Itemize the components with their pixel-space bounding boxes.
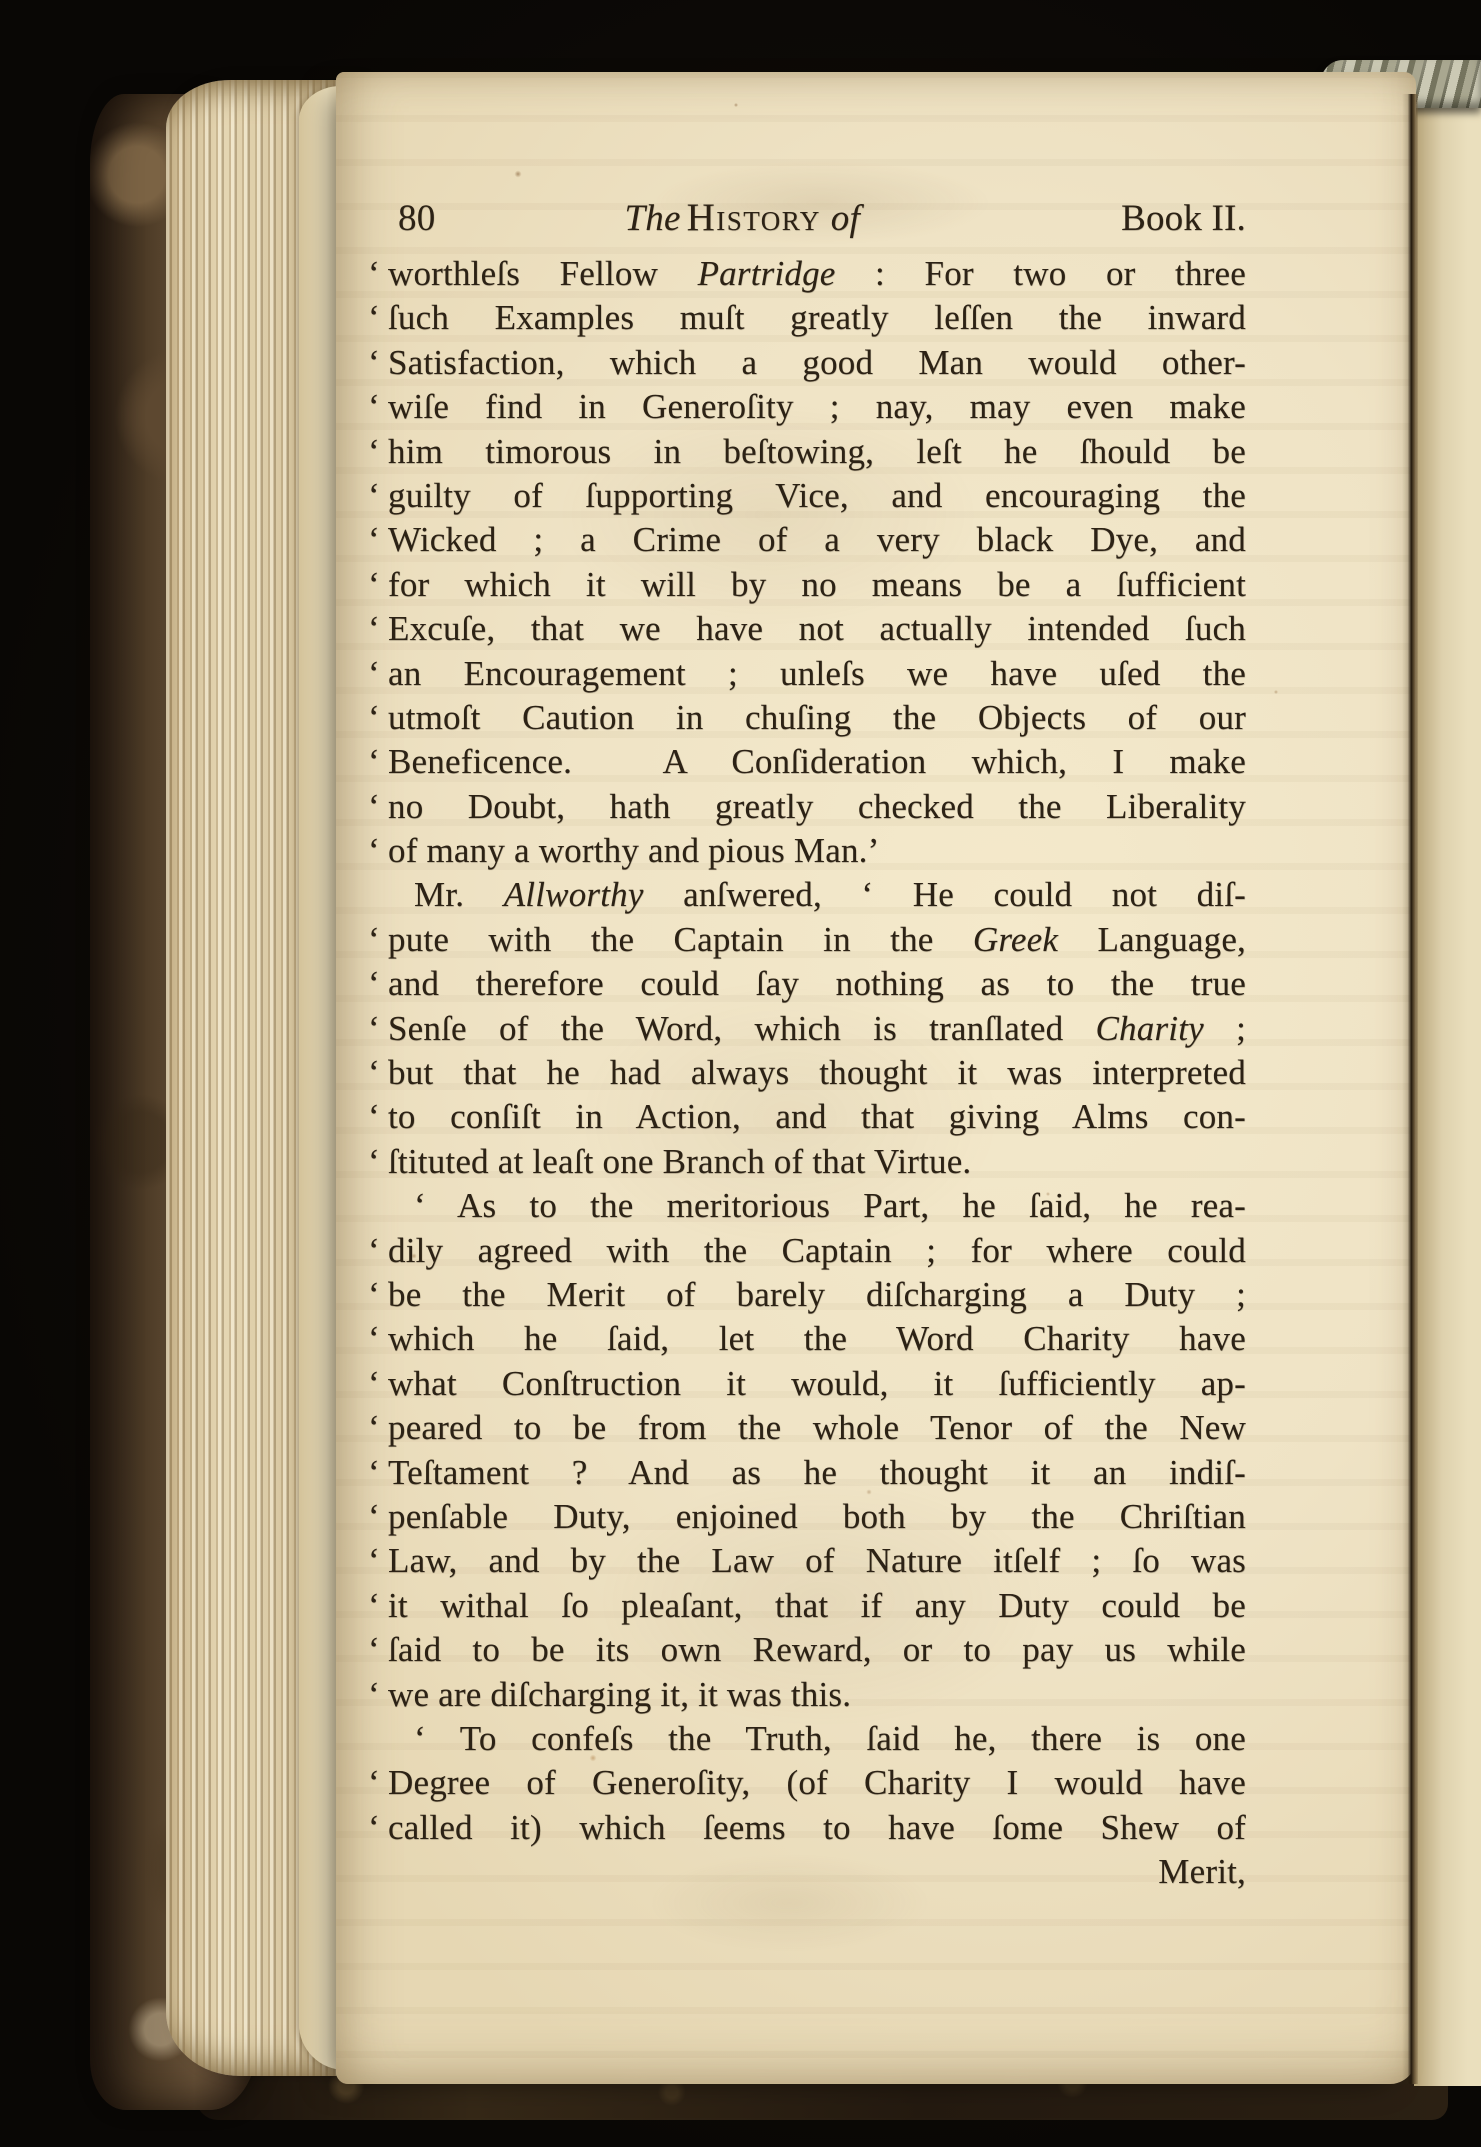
line-text: ‘ To confeſs the Truth, ſaid he, there i… bbox=[388, 1717, 1246, 1761]
quote-mark: ‘ bbox=[368, 1628, 380, 1672]
line-text: penſable Duty, enjoined both by the Chri… bbox=[388, 1495, 1246, 1539]
quote-mark: ‘ bbox=[368, 1451, 380, 1495]
text-line: ‘no Doubt, hath greatly checked the Libe… bbox=[388, 785, 1246, 829]
quote-mark: ‘ bbox=[368, 1051, 380, 1095]
text-line: ‘of many a worthy and pious Man.’ bbox=[388, 829, 1246, 873]
quote-mark: ‘ bbox=[368, 1406, 380, 1450]
running-header: 80 TheHistoryof Book II. bbox=[388, 196, 1246, 252]
quote-mark: ‘ bbox=[368, 1761, 380, 1805]
text-line: ‘Degree of Generoſity, (of Charity I wou… bbox=[388, 1761, 1246, 1805]
text-line: ‘worthleſs Fellow Partridge : For two or… bbox=[388, 252, 1246, 296]
line-text: utmoſt Caution in chuſing the Objects of… bbox=[388, 696, 1246, 740]
running-title-the: The bbox=[624, 198, 680, 239]
line-text: ‘ As to the meritorious Part, he ſaid, h… bbox=[388, 1184, 1246, 1228]
text-line: ‘Teſtament ? And as he thought it an ind… bbox=[388, 1451, 1246, 1495]
text-line: ‘to conſiſt in Action, and that giving A… bbox=[388, 1095, 1246, 1139]
quote-mark: ‘ bbox=[368, 518, 380, 562]
line-text: but that he had always thought it was in… bbox=[388, 1051, 1246, 1095]
quote-mark: ‘ bbox=[368, 1495, 380, 1539]
line-text: him timorous in beſtowing, leſt he ſhoul… bbox=[388, 430, 1246, 474]
line-text: dily agreed with the Captain ; for where… bbox=[388, 1229, 1246, 1273]
line-text: Satisfaction, which a good Man would oth… bbox=[388, 341, 1246, 385]
line-text: Excuſe, that we have not actually intend… bbox=[388, 607, 1246, 651]
text-line: ‘Wicked ; a Crime of a very black Dye, a… bbox=[388, 518, 1246, 562]
text-line: ‘pute with the Captain in the Greek Lang… bbox=[388, 918, 1246, 962]
page-content: 80 TheHistoryof Book II. ‘worthleſs Fell… bbox=[388, 196, 1246, 1894]
quote-mark: ‘ bbox=[368, 563, 380, 607]
quote-mark: ‘ bbox=[368, 1229, 380, 1273]
text-line: ‘Satisfaction, which a good Man would ot… bbox=[388, 341, 1246, 385]
line-text: an Encouragement ; unleſs we have uſed t… bbox=[388, 652, 1246, 696]
line-text: worthleſs Fellow Partridge : For two or … bbox=[388, 252, 1246, 296]
text-line: ‘ſaid to be its own Reward, or to pay us… bbox=[388, 1628, 1246, 1672]
line-text: guilty of ſupporting Vice, and encouragi… bbox=[388, 474, 1246, 518]
line-text: ſaid to be its own Reward, or to pay us … bbox=[388, 1628, 1246, 1672]
quote-mark: ‘ bbox=[368, 252, 380, 296]
quote-mark: ‘ bbox=[368, 1095, 380, 1139]
line-text: ſtituted at leaſt one Branch of that Vir… bbox=[388, 1140, 1246, 1184]
text-line: ‘penſable Duty, enjoined both by the Chr… bbox=[388, 1495, 1246, 1539]
text-line: ‘it withal ſo pleaſant, that if any Duty… bbox=[388, 1584, 1246, 1628]
line-text: which he ſaid, let the Word Charity have bbox=[388, 1317, 1246, 1361]
text-line: Mr. Allworthy anſwered, ‘ He could not d… bbox=[388, 873, 1246, 917]
catchword-line: Merit, bbox=[388, 1850, 1246, 1894]
line-text: and therefore could ſay nothing as to th… bbox=[388, 962, 1246, 1006]
line-text: Degree of Generoſity, (of Charity I woul… bbox=[388, 1761, 1246, 1805]
text-line: ‘ſtituted at leaſt one Branch of that Vi… bbox=[388, 1140, 1246, 1184]
text-line: ‘be the Merit of barely diſcharging a Du… bbox=[388, 1273, 1246, 1317]
line-text: we are diſcharging it, it was this. bbox=[388, 1673, 1246, 1717]
text-line: ‘Senſe of the Word, which is tranſlated … bbox=[388, 1007, 1246, 1051]
text-line: ‘ As to the meritorious Part, he ſaid, h… bbox=[388, 1184, 1246, 1228]
line-text: what Conſtruction it would, it ſufficien… bbox=[388, 1362, 1246, 1406]
line-text: to conſiſt in Action, and that giving Al… bbox=[388, 1095, 1246, 1139]
quote-mark: ‘ bbox=[368, 740, 380, 784]
line-text: wiſe find in Generoſity ; nay, may even … bbox=[388, 385, 1246, 429]
text-line: ‘dily agreed with the Captain ; for wher… bbox=[388, 1229, 1246, 1273]
quote-mark: ‘ bbox=[368, 652, 380, 696]
line-text: Mr. Allworthy anſwered, ‘ He could not d… bbox=[388, 873, 1246, 917]
running-title: TheHistoryof bbox=[399, 196, 1085, 241]
line-text: it withal ſo pleaſant, that if any Duty … bbox=[388, 1584, 1246, 1628]
text-line: ‘Law, and by the Law of Nature itſelf ; … bbox=[388, 1539, 1246, 1583]
quote-mark: ‘ bbox=[368, 607, 380, 651]
text-line: ‘wiſe find in Generoſity ; nay, may even… bbox=[388, 385, 1246, 429]
quote-mark: ‘ bbox=[368, 829, 380, 873]
quote-mark: ‘ bbox=[368, 696, 380, 740]
quote-mark: ‘ bbox=[368, 341, 380, 385]
quote-mark: ‘ bbox=[368, 1273, 380, 1317]
line-text: pute with the Captain in the Greek Langu… bbox=[388, 918, 1246, 962]
text-line: ‘what Conſtruction it would, it ſufficie… bbox=[388, 1362, 1246, 1406]
line-text: be the Merit of barely diſcharging a Dut… bbox=[388, 1273, 1246, 1317]
text-line: ‘Beneficence. A Conſideration which, I m… bbox=[388, 740, 1246, 784]
text-line: ‘but that he had always thought it was i… bbox=[388, 1051, 1246, 1095]
quote-mark: ‘ bbox=[368, 1673, 380, 1717]
quote-mark: ‘ bbox=[368, 474, 380, 518]
photo-background: 80 TheHistoryof Book II. ‘worthleſs Fell… bbox=[0, 0, 1481, 2147]
quote-mark: ‘ bbox=[368, 385, 380, 429]
line-text: peared to be from the whole Tenor of the… bbox=[388, 1406, 1246, 1450]
line-text: called it) which ſeems to have ſome Shew… bbox=[388, 1806, 1246, 1850]
text-line: ‘an Encouragement ; unleſs we have uſed … bbox=[388, 652, 1246, 696]
line-text: Merit, bbox=[388, 1850, 1246, 1894]
running-title-of: of bbox=[831, 198, 860, 239]
text-lines: ‘worthleſs Fellow Partridge : For two or… bbox=[388, 252, 1246, 1894]
text-line: ‘utmoſt Caution in chuſing the Objects o… bbox=[388, 696, 1246, 740]
line-text: Beneficence. A Conſideration which, I ma… bbox=[388, 740, 1246, 784]
text-line: ‘called it) which ſeems to have ſome She… bbox=[388, 1806, 1246, 1850]
text-line: ‘we are diſcharging it, it was this. bbox=[388, 1673, 1246, 1717]
line-text: Senſe of the Word, which is tranſlated C… bbox=[388, 1007, 1246, 1051]
line-text: Teſtament ? And as he thought it an indi… bbox=[388, 1451, 1246, 1495]
line-text: Law, and by the Law of Nature itſelf ; ſ… bbox=[388, 1539, 1246, 1583]
facing-page-sliver bbox=[1414, 90, 1481, 2086]
line-text: no Doubt, hath greatly checked the Liber… bbox=[388, 785, 1246, 829]
quote-mark: ‘ bbox=[368, 430, 380, 474]
quote-mark: ‘ bbox=[368, 918, 380, 962]
line-text: of many a worthy and pious Man.’ bbox=[388, 829, 1246, 873]
text-line: ‘peared to be from the whole Tenor of th… bbox=[388, 1406, 1246, 1450]
text-line: ‘and therefore could ſay nothing as to t… bbox=[388, 962, 1246, 1006]
text-line: ‘guilty of ſupporting Vice, and encourag… bbox=[388, 474, 1246, 518]
text-line: ‘ſuch Examples muſt greatly leſſen the i… bbox=[388, 296, 1246, 340]
book-label: Book II. bbox=[1121, 197, 1246, 241]
quote-mark: ‘ bbox=[368, 1007, 380, 1051]
line-text: ſuch Examples muſt greatly leſſen the in… bbox=[388, 296, 1246, 340]
quote-mark: ‘ bbox=[368, 1362, 380, 1406]
text-line: ‘which he ſaid, let the Word Charity hav… bbox=[388, 1317, 1246, 1361]
quote-mark: ‘ bbox=[368, 1584, 380, 1628]
running-title-history: History bbox=[681, 196, 831, 239]
quote-mark: ‘ bbox=[368, 1539, 380, 1583]
quote-mark: ‘ bbox=[368, 785, 380, 829]
quote-mark: ‘ bbox=[368, 1806, 380, 1850]
text-line: ‘for which it will by no means be a ſuff… bbox=[388, 563, 1246, 607]
quote-mark: ‘ bbox=[368, 1140, 380, 1184]
text-line: ‘him timorous in beſtowing, leſt he ſhou… bbox=[388, 430, 1246, 474]
line-text: Wicked ; a Crime of a very black Dye, an… bbox=[388, 518, 1246, 562]
quote-mark: ‘ bbox=[368, 1317, 380, 1361]
line-text: for which it will by no means be a ſuffi… bbox=[388, 563, 1246, 607]
text-line: ‘ To confeſs the Truth, ſaid he, there i… bbox=[388, 1717, 1246, 1761]
text-line: ‘Excuſe, that we have not actually inten… bbox=[388, 607, 1246, 651]
gutter-crease bbox=[1402, 94, 1418, 2084]
quote-mark: ‘ bbox=[368, 296, 380, 340]
quote-mark: ‘ bbox=[368, 962, 380, 1006]
